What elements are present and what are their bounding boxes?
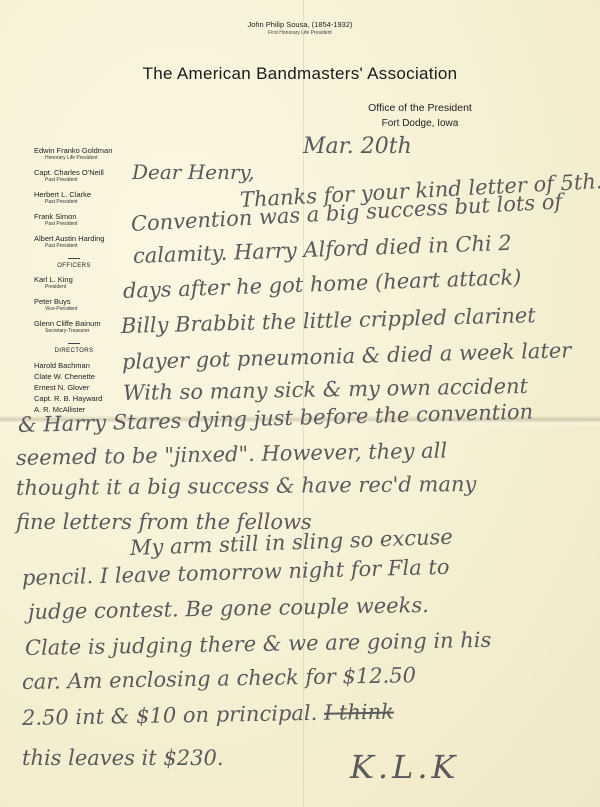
roster-entry: Edwin Franko Goldman Honorary Life Presi… [34,146,144,162]
person-name: Albert Austin Harding [34,234,144,243]
letter-line: thought it a big success & have rec'd ma… [16,472,477,500]
letter-salutation: Dear Henry, [132,160,254,184]
founder-title: First Honorary Life President [0,30,600,36]
person-name: Frank Simon [34,212,144,221]
roster-entry: Capt. Charles O'Neill Past President [34,168,144,184]
office-location: Fort Dodge, Iowa [120,118,600,129]
person-role: Vice-President [34,306,144,313]
struck-text: I think [324,700,394,725]
person-role: Past President [34,243,144,250]
person-name: Capt. Charles O'Neill [34,168,144,177]
roster-entry: Frank Simon Past President [34,212,144,228]
directors-heading: DIRECTORS [34,348,114,354]
person-role: Past President [34,221,144,228]
founder-name: John Philip Sousa, (1854-1932) [0,20,600,29]
letter-date: Mar. 20th [303,134,412,159]
person-role: Past President [34,199,144,206]
roster-entry: Albert Austin Harding Past President [34,234,144,250]
organization-name: The American Bandmasters' Association [0,64,600,84]
person-role: Honorary Life President [34,155,144,162]
section-divider [68,258,80,259]
person-role: Past President [34,177,144,184]
signature: K.L.K [350,748,459,786]
office-title: Office of the President [120,102,600,114]
person-name: Edwin Franko Goldman [34,146,144,155]
officers-heading: OFFICERS [34,263,114,269]
roster-entry: Herbert L. Clarke Past President [34,190,144,206]
section-divider [68,343,80,344]
letter-line: this leaves it $230. [22,746,224,770]
person-name: Herbert L. Clarke [34,190,144,199]
